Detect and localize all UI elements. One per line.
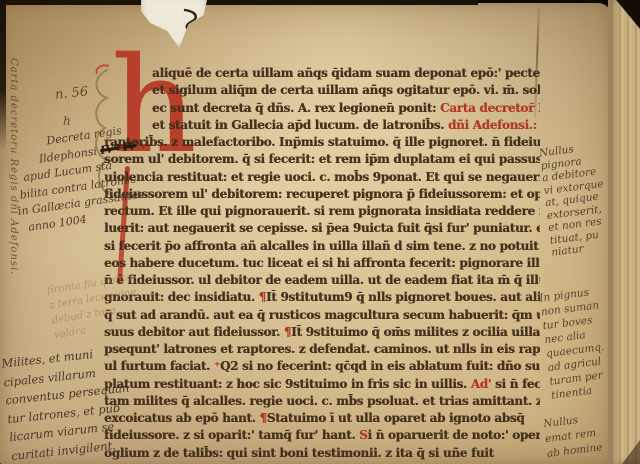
body-text: raptorib̄s. z malefactoribo. Inp̄mis sta…	[104, 135, 540, 149]
text-line: tam milites q̄ alcalles. regie uoci. c. …	[104, 394, 540, 411]
body-text: Statuimo ī ut ulla oparet ab ignoto absq…	[267, 411, 525, 425]
king-numeral: .V	[135, 137, 148, 151]
manuscript-photo: Carta decretoru Regis dñi Adefonsi. h al…	[0, 0, 640, 464]
text-line: aliquē de certa uillam añqs q̄idam suam …	[104, 66, 540, 83]
text-line: excoicatus ab epō hant. ¶Statuimo ī ut u…	[104, 411, 540, 428]
text-line: n̄ ē fideiussor. ul debitor de eadem uil…	[104, 273, 540, 290]
body-text: tam milites q̄ alcalles. regie uoci. c. …	[104, 394, 540, 408]
text-line: et statuit in Gallecia ap̄d lucum. de la…	[104, 118, 540, 135]
struck-numeral: IVº	[99, 141, 120, 157]
text-line: suus debitor aut fideiussor. ¶It̄ 9stitu…	[104, 325, 540, 342]
body-text: aliquē de certa uillam añqs q̄idam suam …	[152, 66, 540, 80]
photo-edge-top	[0, 0, 478, 5]
rubric-text: ¶	[259, 290, 266, 304]
text-line: ec sunt decreta q̄ dñs. A. rex legionen̄…	[104, 101, 540, 118]
body-text: psequnt' latrones et raptores. z defenda…	[104, 342, 540, 356]
body-text: It̄ 9stitutum9 q̄ nlls pignoret boues. a…	[266, 290, 540, 304]
right-note-in-pignus: In pignusnon sumantur bovesnec aliaquaec…	[538, 281, 635, 402]
body-text: uiolencia restituat: et regie uoci. c. m…	[104, 170, 540, 184]
rubric-text: Ad'	[471, 377, 491, 391]
body-text: n̄ ē fideiussor. ul debitor de eadem uil…	[104, 273, 540, 287]
text-line: luerit: aut negauerit se cepisse. si p̄e…	[104, 221, 540, 238]
body-text: si fecerit p̄o affronta añ alcalles in u…	[104, 239, 540, 253]
body-text: et statuit in Gallecia ap̄d lucum. de la…	[152, 118, 448, 132]
body-text: eos habere ducetum. tuc liceat ei si hi …	[104, 256, 540, 270]
text-line: uiolencia restituat: et regie uoci. c. m…	[104, 170, 540, 187]
text-line: sorem ul' debitorem. q̄ si fecerit: et r…	[104, 152, 540, 169]
text-line: psequnt' latrones et raptores. z defenda…	[104, 342, 540, 359]
body-text: ec sunt decreta q̄ dñs. A. rex legionen̄…	[152, 101, 440, 115]
rubric-text: ¶	[259, 411, 266, 425]
body-text: sorem ul' debitorem. q̄ si fecerit: et r…	[104, 152, 540, 166]
left-note-decreta: Decreta regis Ildephonsi IVº IV.V apud L…	[8, 118, 170, 237]
body-text: fideiussorem ul' debitorem: recuperet pi…	[104, 187, 540, 201]
right-note-nullus-pignora: Nulluspignoraa debitorevi extorqueat, qu…	[538, 137, 635, 259]
body-text: et sigilum aliq̄m de certa uillam añqs o…	[152, 83, 540, 97]
body-text: luerit: aut negauerit se cepisse. si p̄e…	[104, 221, 540, 235]
body-text: It̄ 9stituimo q̄ om̄s milites z ocilia u…	[291, 325, 540, 339]
left-note-milites: Milites, et municipales villarumconventu…	[1, 338, 172, 464]
text-line: platum restituant: z hoc sic 9stituimo i…	[104, 377, 540, 394]
text-line: et sigilum aliq̄m de certa uillam añqs o…	[104, 83, 540, 100]
main-text-block: aliquē de certa uillam añqs q̄idam suam …	[104, 66, 540, 464]
body-text: i n̄ oparuerit de noto:' oper p̄	[367, 428, 540, 442]
text-line: eos habere ducetum. tuc liceat ei si hi …	[104, 256, 540, 273]
body-text: si n̄ fecerint:	[491, 377, 540, 391]
text-line: si fecerit p̄o affronta añ alcalles in u…	[104, 239, 540, 256]
text-line: ul furtum faciat. ⁺Q2 si no fecerint: qc…	[104, 359, 540, 376]
text-line: raptorib̄s. z malefactoribo. Inp̄mis sta…	[104, 135, 540, 152]
margin-letter-mark: h	[63, 114, 71, 128]
rubric-text: dñi Adefonsi.: —	[448, 118, 540, 132]
body-text: Q2 si no fecerint: qc̄qd in eis ablatum …	[220, 359, 540, 373]
rubric-text: Carta decretor̄ Regis	[440, 101, 540, 115]
text-line: fideiussorem ul' debitorem: recuperet pi…	[104, 187, 540, 204]
